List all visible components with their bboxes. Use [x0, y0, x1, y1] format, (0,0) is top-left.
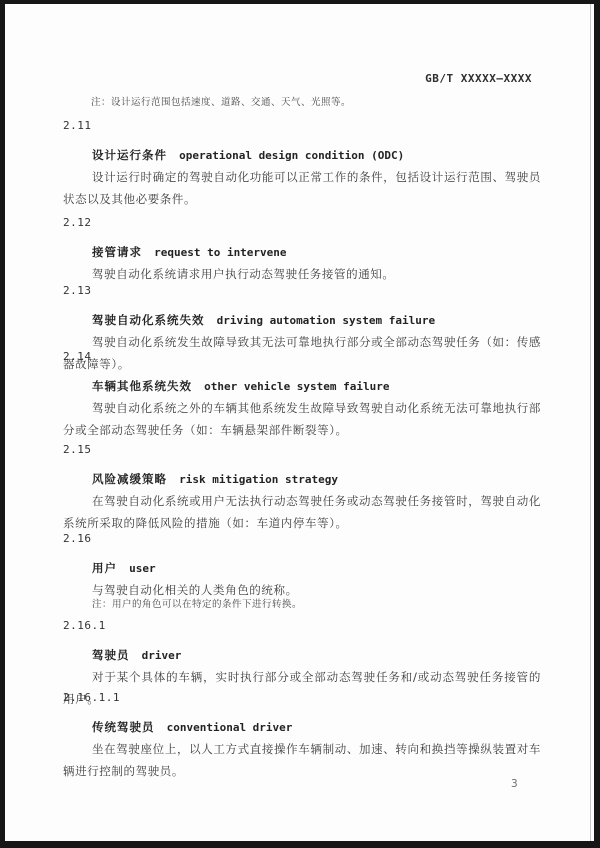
term-chinese: 驾驶自动化系统失效 — [92, 313, 205, 327]
clause-number: 2.16.1 — [63, 619, 106, 632]
term-line: 接管请求 request to intervene — [92, 241, 287, 260]
term-english: driver — [142, 649, 182, 662]
definition-text: 驾驶自动化系统请求用户执行动态驾驶任务接管的通知。 — [63, 263, 541, 285]
term-line: 车辆其他系统失效 other vehicle system failure — [92, 375, 390, 394]
term-english: risk mitigation strategy — [179, 473, 338, 486]
definition-text: 设计运行时确定的驾驶自动化功能可以正常工作的条件，包括设计运行范围、驾驶员状态以… — [63, 166, 541, 210]
clause-number: 2.14 — [63, 350, 92, 363]
term-chinese: 接管请求 — [92, 245, 142, 259]
page-number: 3 — [511, 778, 518, 790]
clause-number: 2.11 — [63, 119, 92, 132]
term-line: 设计运行条件 operational design condition (ODC… — [92, 144, 404, 163]
term-english: other vehicle system failure — [204, 380, 389, 393]
term-chinese: 风险减缓策略 — [92, 472, 167, 486]
term-chinese: 用户 — [92, 561, 117, 575]
term-line: 驾驶自动化系统失效 driving automation system fail… — [92, 309, 435, 328]
definition-text: 在驾驶自动化系统或用户无法执行动态驾驶任务或动态驾驶任务接管时，驾驶自动化系统所… — [63, 490, 541, 534]
clause-number: 2.16.1.1 — [63, 691, 120, 704]
definition-text: 坐在驾驶座位上，以人工方式直接操作车辆制动、加速、转向和换挡等操纵装置对车辆进行… — [63, 738, 541, 782]
user-role-note: 注：用户的角色可以在特定的条件下进行转换。 — [92, 596, 302, 610]
term-line: 传统驾驶员 conventional driver — [92, 716, 292, 735]
term-english: operational design condition (ODC) — [179, 149, 404, 162]
clause-number: 2.16 — [63, 532, 92, 545]
definition-text: 驾驶自动化系统之外的车辆其他系统发生故障导致驾驶自动化系统无法可靠地执行部分或全… — [63, 397, 541, 441]
definition-text: 对于某个具体的车辆，实时执行部分或全部动态驾驶任务和/或动态驾驶任务接管的用户。 — [63, 666, 541, 710]
design-operating-range-note: 注：设计运行范围包括速度、道路、交通、天气、光照等。 — [91, 94, 351, 108]
standard-code-header: GB/T XXXXX—XXXX — [425, 72, 532, 85]
term-english: conventional driver — [167, 721, 293, 734]
clause-number: 2.13 — [63, 284, 92, 297]
term-chinese: 车辆其他系统失效 — [92, 379, 192, 393]
term-chinese: 传统驾驶员 — [92, 720, 155, 734]
term-line: 驾驶员 driver — [92, 644, 181, 663]
term-english: driving automation system failure — [217, 314, 436, 327]
term-english: request to intervene — [154, 246, 286, 259]
term-line: 用户 user — [92, 557, 156, 576]
term-chinese: 驾驶员 — [92, 648, 130, 662]
definition-text: 驾驶自动化系统发生故障导致其无法可靠地执行部分或全部动态驾驶任务（如：传感器故障… — [63, 331, 541, 375]
standard-document-page: GB/T XXXXX—XXXX 注：设计运行范围包括速度、道路、交通、天气、光照… — [0, 0, 600, 848]
term-english: user — [129, 562, 156, 575]
term-chinese: 设计运行条件 — [92, 148, 167, 162]
clause-number: 2.12 — [63, 216, 92, 229]
clause-number: 2.15 — [63, 443, 92, 456]
term-line: 风险减缓策略 risk mitigation strategy — [92, 468, 338, 487]
